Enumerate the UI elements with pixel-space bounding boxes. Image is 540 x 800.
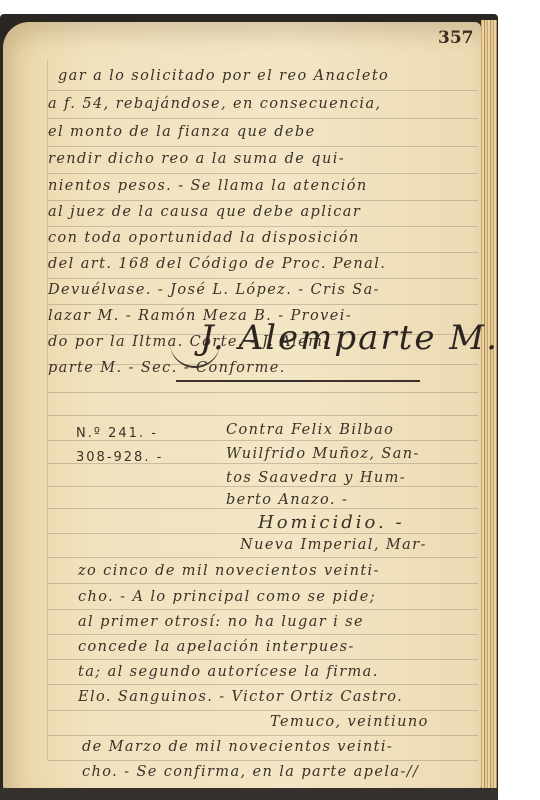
text-line: con toda oportunidad la disposición [48,230,360,246]
ruled-line [48,583,478,584]
text-line: Devuélvase. - José L. López. - Cris Sa- [48,282,380,298]
body-line: Elo. Sanguinos. - Victor Ortiz Castro. [78,689,403,705]
entry-reference: 308-928. - [76,450,163,465]
ruled-line [48,634,478,635]
text-line: rendir dicho reo a la suma de qui- [48,151,345,167]
body-line: de Marzo de mil novecientos veinti- [82,739,393,755]
ruled-line [48,415,478,416]
ruled-line [48,304,478,305]
ruled-line [48,118,478,119]
page-edges [481,20,497,790]
ruled-line [48,557,478,558]
body-line: Nueva Imperial, Mar- [240,537,427,553]
body-line: zo cinco de mil novecientos veinti- [78,563,380,579]
ruled-line [48,508,478,509]
ruled-line [48,392,478,393]
body-line: ta; al segundo autorícese la firma. [78,664,379,680]
caption-line: tos Saavedra y Hum- [226,470,406,486]
signature-underline [176,380,420,382]
ruled-line [48,90,478,91]
ruled-line [48,710,478,711]
caption-line: berto Anazo. - [226,492,348,508]
text-line: parte M. - Sec. - Conforme. [48,360,286,376]
text-line: nientos pesos. - Se llama la atención [48,178,368,194]
text-line: gar a lo solicitado por el reo Anacleto [58,68,389,84]
signature: J. Alemparte M. [200,318,499,358]
caption-line: Wuilfrido Muñoz, San- [226,446,420,462]
ruled-line [48,252,478,253]
book-bottom-edge [0,788,498,800]
text-line: del art. 168 del Código de Proc. Penal. [48,256,386,272]
entry-number: N.º 241. - [76,426,158,441]
ruled-line [48,684,478,685]
text-line: al juez de la causa que debe aplicar [48,204,361,220]
body-line: cho. - A lo principal como se pide; [78,589,376,605]
ruled-line [48,226,478,227]
body-line: Temuco, veintiuno [270,714,429,730]
ruled-line [48,146,478,147]
page-number: 357 [438,28,474,48]
body-line: cho. - Se confirma, en la parte apela-// [82,764,419,780]
text-line: el monto de la fianza que debe [48,124,316,140]
body-line: concede la apelación interpues- [78,639,355,655]
ruled-line [48,486,478,487]
ruled-line [48,173,478,174]
ruled-line [48,200,478,201]
ruled-line [48,735,478,736]
ruled-line [48,533,478,534]
body-line: al primer otrosí: no ha lugar i se [78,614,364,630]
ruled-line [48,278,478,279]
caption-line: Contra Felix Bilbao [226,422,394,438]
ruled-line [48,609,478,610]
crime-heading: Homicidio. - [258,512,405,533]
text-line: a f. 54, rebajándose, en consecuencia, [48,96,382,112]
ruled-line [48,659,478,660]
ruled-line [48,760,478,761]
